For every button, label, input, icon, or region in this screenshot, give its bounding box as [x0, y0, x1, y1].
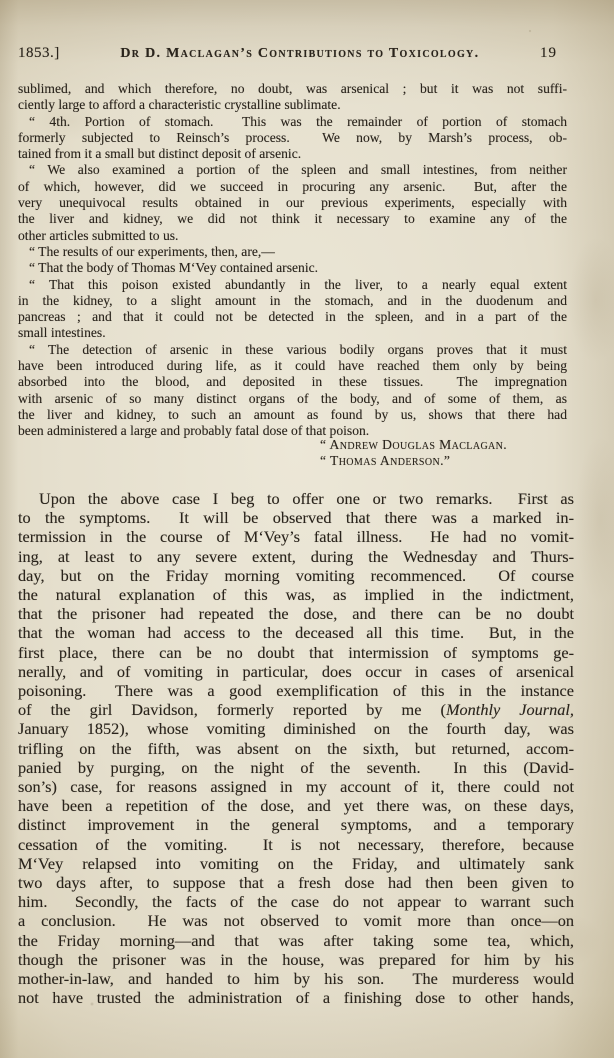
text-line: pancreas ; and that it could not be dete… — [18, 309, 567, 325]
text-line: that the prisoner had repeated the dose,… — [18, 604, 574, 623]
text-line: son’s) case, for reasons assigned in my … — [18, 777, 574, 796]
text-line: to the symptoms. It will be observed tha… — [18, 508, 574, 527]
text-line: the liver and kidney, we did not think i… — [18, 211, 567, 227]
text-line: not have trusted the administration of a… — [18, 988, 574, 1007]
text-line: ciently large to afford a characteristic… — [18, 97, 567, 113]
text-line: the natural explanation of this was, as … — [18, 585, 574, 604]
text-line: M‘Vey relapsed into vomiting on the Frid… — [18, 854, 574, 873]
text-line: panied by purging, on the night of the s… — [18, 758, 574, 777]
text-line: formerly subjected to Reinsch’s process.… — [18, 130, 567, 146]
signature-line: “ Thomas Anderson.” — [320, 453, 507, 469]
text-line: day, but on the Friday morning vomiting … — [18, 566, 574, 585]
commentary-section: Upon the above case I beg to offer one o… — [18, 489, 574, 1007]
text-line: a conclusion. He was not observed to vom… — [18, 911, 574, 930]
header-page-number: 19 — [540, 45, 557, 62]
text-line: small intestines. — [18, 325, 567, 341]
text-line: the liver and kidney, to such an amount … — [18, 407, 567, 423]
text-line: the Friday morning—and that was after ta… — [18, 931, 574, 950]
signature-line: “ Andrew Douglas Maclagan. — [320, 437, 507, 453]
text-line: “ The detection of arsenic in these vari… — [18, 342, 567, 358]
text-line: “ 4th. Portion of stomach. This was the … — [18, 114, 567, 130]
text-line: two days after, to suppose that a fresh … — [18, 873, 574, 892]
text-line: that the woman had access to the decease… — [18, 623, 574, 642]
text-line: first place, there can be no doubt that … — [18, 643, 574, 662]
text-line: poisoning. There was a good exemplificat… — [18, 681, 574, 700]
running-head: 1853.] Dr D. Maclagan’s Contributions to… — [18, 45, 557, 62]
text-line: “ The results of our experiments, then, … — [18, 244, 567, 260]
report-section: sublimed, and which therefore, no doubt,… — [18, 81, 567, 440]
text-line: of the girl Davidson, formerly reported … — [18, 700, 574, 719]
text-line: nerally, and of vomiting in particular, … — [18, 662, 574, 681]
text-line: January 1852), whose vomiting diminished… — [18, 719, 574, 738]
text-line: “ That the body of Thomas M‘Vey containe… — [18, 260, 567, 276]
text-line: sublimed, and which therefore, no doubt,… — [18, 81, 567, 97]
header-title: Dr D. Maclagan’s Contributions to Toxico… — [60, 46, 540, 62]
text-line: mother-in-law, and handed to him by his … — [18, 969, 574, 988]
text-line: “ We also examined a portion of the sple… — [18, 162, 567, 178]
text-line: though the prisoner was in the house, wa… — [18, 950, 574, 969]
text-line: absorbed into the blood, and deposited i… — [18, 374, 567, 390]
signature-block: “ Andrew Douglas Maclagan.“ Thomas Ander… — [320, 437, 507, 470]
scanned-book-page: 1853.] Dr D. Maclagan’s Contributions to… — [0, 0, 614, 1058]
text-line: tained from it a small but distinct depo… — [18, 146, 567, 162]
text-line: of which, however, did we succeed in pro… — [18, 179, 567, 195]
text-line: with arsenic of so many distinct organs … — [18, 391, 567, 407]
text-line: trifling on the fifth, was absent on the… — [18, 739, 574, 758]
text-line: have been introduced during life, as it … — [18, 358, 567, 374]
text-line: distinct improvement in the general symp… — [18, 815, 574, 834]
text-line: Upon the above case I beg to offer one o… — [18, 489, 574, 508]
text-line: him. Secondly, the facts of the case do … — [18, 892, 574, 911]
text-line: cessation of the vomiting. It is not nec… — [18, 835, 574, 854]
text-line: very unequivocal results obtained in our… — [18, 195, 567, 211]
text-line: “ That this poison existed abundantly in… — [18, 277, 567, 293]
text-line: ing, at least to any severe extent, duri… — [18, 547, 574, 566]
text-line: other articles submitted to us. — [18, 228, 567, 244]
text-line: in the kidney, to a slight amount in the… — [18, 293, 567, 309]
header-year: 1853.] — [18, 45, 60, 62]
text-line: have been a repetition of the dose, and … — [18, 796, 574, 815]
text-line: termission in the course of M‘Vey’s fata… — [18, 527, 574, 546]
